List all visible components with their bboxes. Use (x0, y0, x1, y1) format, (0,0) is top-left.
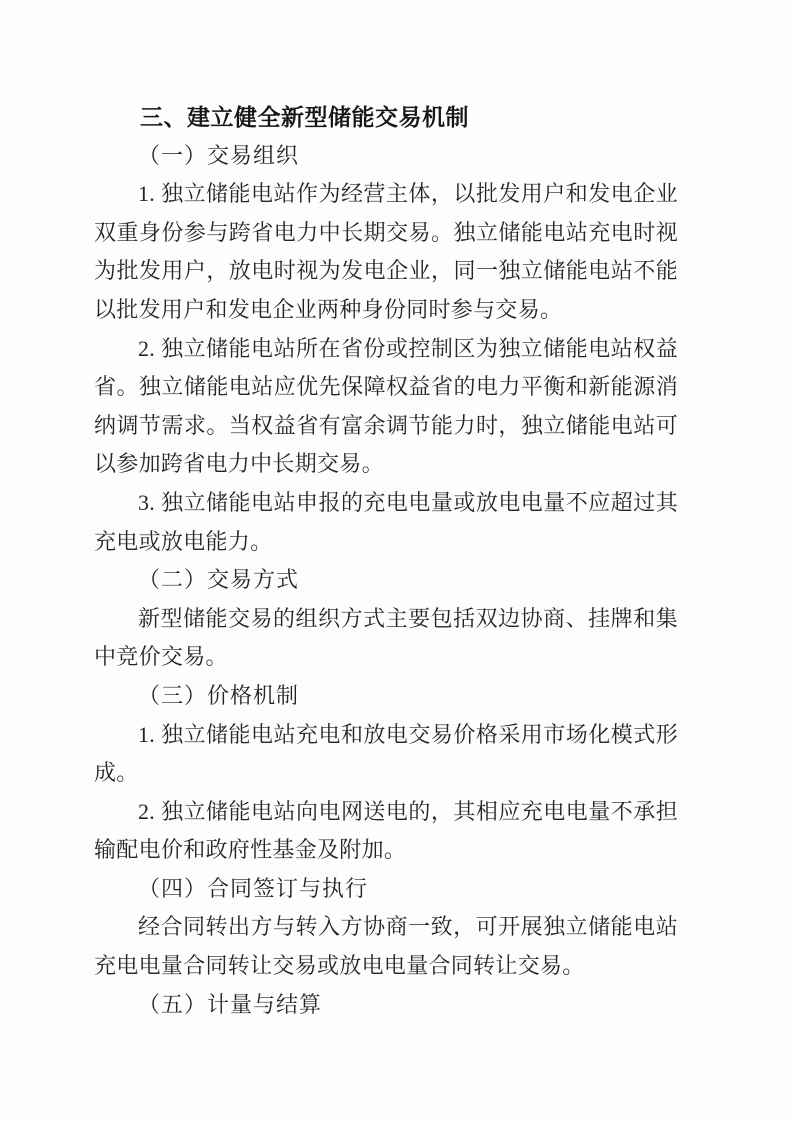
paragraph-price-item-1: 1. 独立储能电站充电和放电交易价格采用市场化模式形成。 (94, 716, 678, 793)
paragraph-trade-org-item-3: 3. 独立储能电站申报的充电电量或放电电量不应超过其充电或放电能力。 (94, 484, 678, 561)
subheading-price-mechanism: （三）价格机制 (94, 677, 678, 716)
paragraph-trade-org-item-1: 1. 独立储能电站作为经营主体，以批发用户和发电企业双重身份参与跨省电力中长期交… (94, 175, 678, 329)
paragraph-price-item-2: 2. 独立储能电站向电网送电的，其相应充电电量不承担输配电价和政府性基金及附加。 (94, 793, 678, 870)
subheading-trade-mode: （二）交易方式 (94, 561, 678, 600)
subheading-trade-organization: （一）交易组织 (94, 137, 678, 176)
paragraph-trade-mode: 新型储能交易的组织方式主要包括双边协商、挂牌和集中竞价交易。 (94, 600, 678, 677)
document-page: 三、建立健全新型储能交易机制 （一）交易组织 1. 独立储能电站作为经营主体，以… (0, 0, 794, 1123)
paragraph-contract-transfer: 经合同转出方与转入方协商一致，可开展独立储能电站充电电量合同转让交易或放电电量合… (94, 908, 678, 985)
section-heading: 三、建立健全新型储能交易机制 (94, 98, 678, 137)
subheading-metering-settlement: （五）计量与结算 (94, 986, 678, 1025)
subheading-contract-signing: （四）合同签订与执行 (94, 870, 678, 909)
paragraph-trade-org-item-2: 2. 独立储能电站所在省份或控制区为独立储能电站权益省。独立储能电站应优先保障权… (94, 330, 678, 484)
document-content: 三、建立健全新型储能交易机制 （一）交易组织 1. 独立储能电站作为经营主体，以… (0, 0, 794, 1024)
